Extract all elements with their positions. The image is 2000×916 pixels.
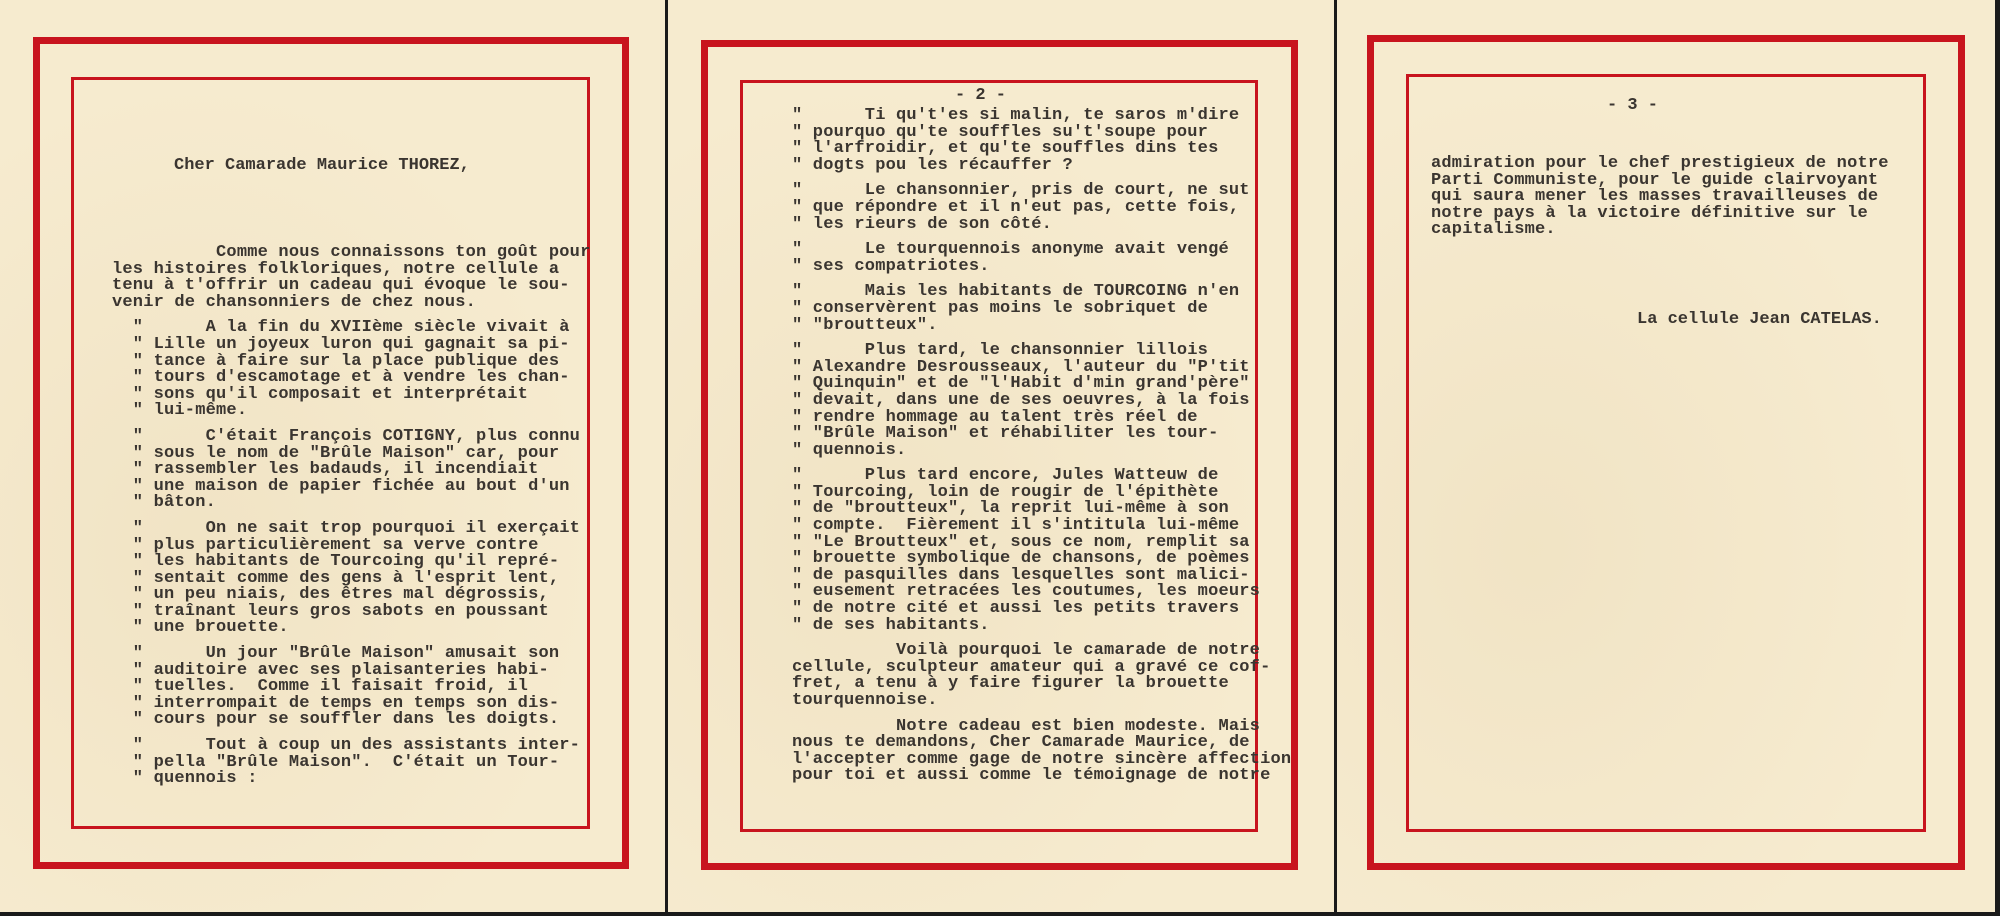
text-line: " On ne sait trop pourquoi il exerçait (112, 521, 590, 538)
text-line: " les rieurs de son côté. (792, 217, 1291, 234)
page-2-body: " Ti qu't'es si malin, te saros m'dire" … (792, 108, 1291, 785)
text-line: " une brouette. (112, 620, 590, 637)
page-number: - 3 - (1607, 96, 1658, 115)
text-line: " devait, dans une de ses oeuvres, à la … (792, 393, 1291, 410)
text-line: " dogts pou les récauffer ? (792, 158, 1291, 175)
text-line: venir de chansonniers de chez nous. (112, 295, 590, 312)
text-line: " ses compatriotes. (792, 259, 1291, 276)
letter-page-3: - 3 - admiration pour le chef prestigieu… (1337, 0, 1995, 912)
text-line: capitalisme. (1431, 222, 1889, 239)
page-number: - 2 - (955, 86, 1006, 105)
letter-page-2: - 2 - " Ti qu't'es si malin, te saros m'… (668, 0, 1334, 912)
text-line: " cours pour se souffler dans les doigts… (112, 712, 590, 729)
text-line: " de ses habitants. (792, 618, 1291, 635)
text-line: " lui-même. (112, 403, 590, 420)
text-line: tourquennoise. (792, 693, 1291, 710)
salutation: Cher Camarade Maurice THOREZ, (174, 156, 470, 175)
text-line: " quennois. (792, 443, 1291, 460)
signature: La cellule Jean CATELAS. (1637, 310, 1882, 329)
text-line: pour toi et aussi comme le témoignage de… (792, 768, 1291, 785)
text-line: " "broutteux". (792, 318, 1291, 335)
text-line: " quennois : (112, 771, 590, 788)
page-3-body: admiration pour le chef prestigieux de n… (1431, 156, 1889, 239)
page-1-body: Comme nous connaissons ton goût pourles … (112, 245, 590, 788)
text-line: " bâton. (112, 495, 590, 512)
letter-page-1: Cher Camarade Maurice THOREZ, Comme nous… (0, 0, 665, 912)
